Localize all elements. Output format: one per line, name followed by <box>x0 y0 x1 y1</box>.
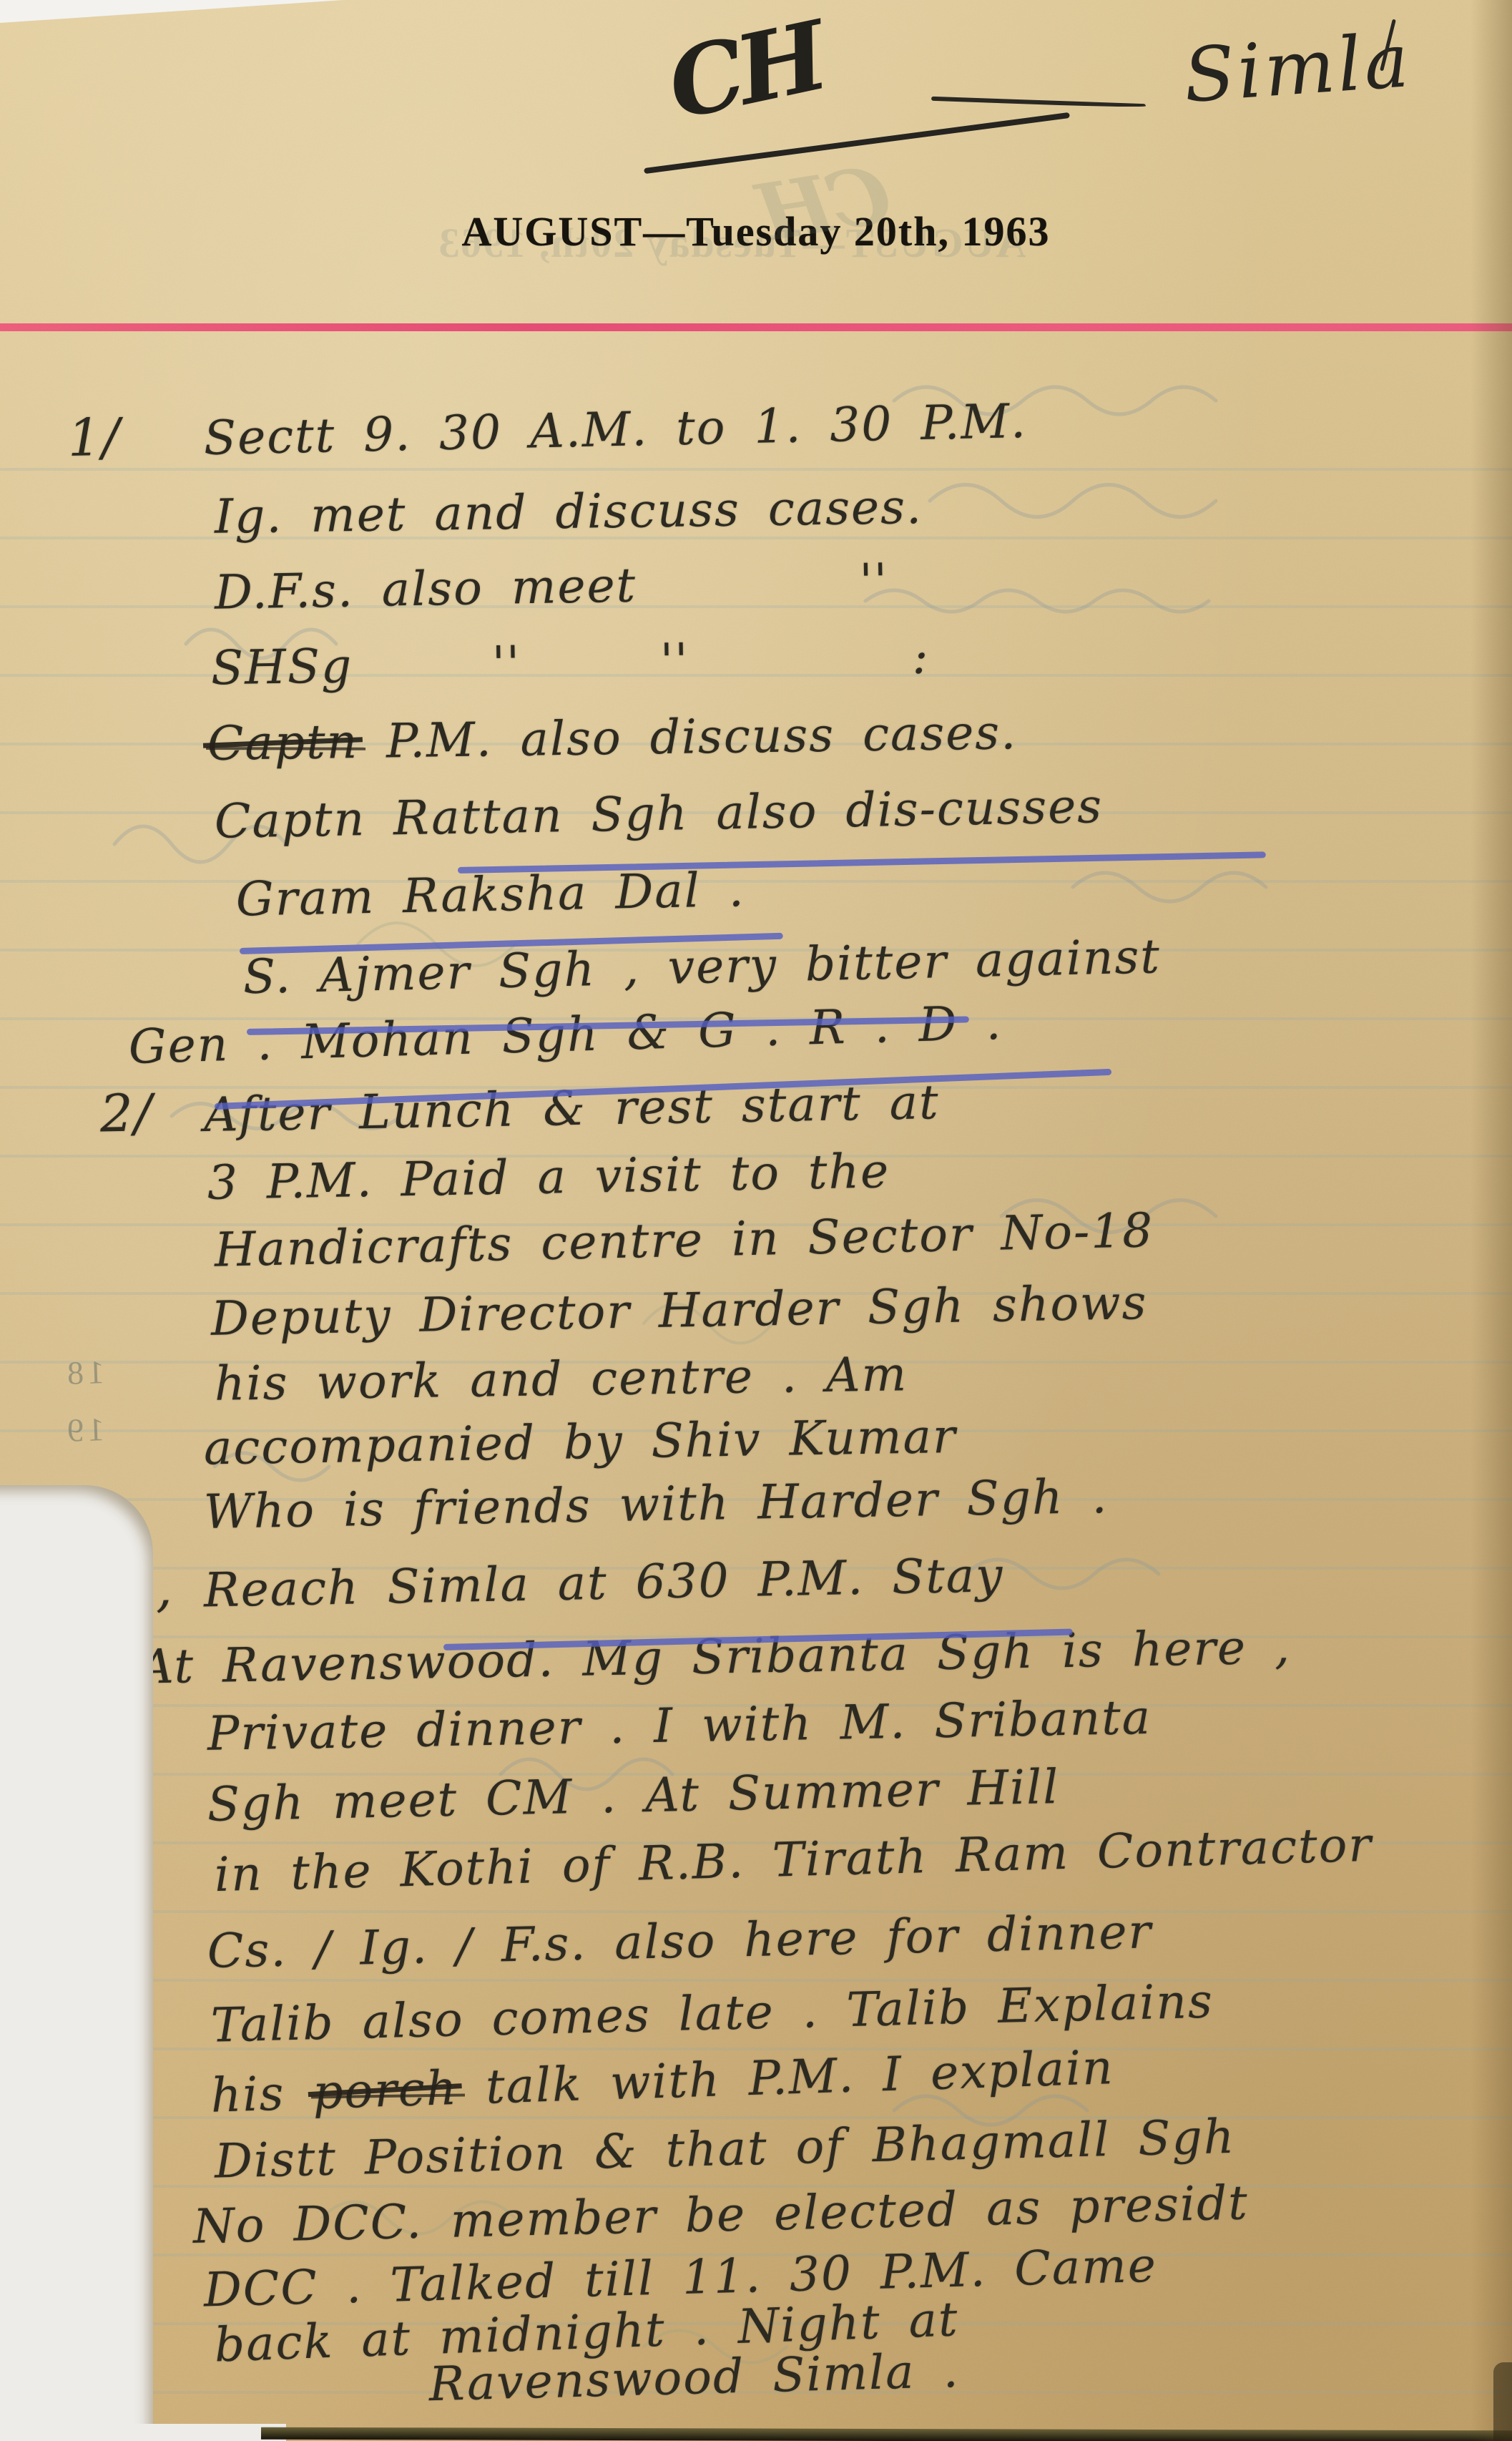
under-page-corner <box>0 1485 153 2441</box>
entry-marker: 2/ <box>99 1082 154 1143</box>
entry-marker: 1/ <box>67 406 122 468</box>
struck-out-text: Captn <box>207 714 358 771</box>
margin-page-number: 19 <box>62 1410 105 1449</box>
pink-rule <box>0 323 1512 331</box>
scan-background-bottom <box>0 2424 286 2441</box>
place-annotation: Simla <box>1181 16 1414 119</box>
bottom-right-shadow <box>1493 2362 1512 2441</box>
page-curvature-shading <box>1471 0 1512 2441</box>
struck-out-text: porch <box>312 2060 458 2120</box>
margin-page-number: 18 <box>62 1353 105 1392</box>
printed-date-header: AUGUST—Tuesday 20th, 1963 <box>0 207 1512 255</box>
diary-page-scan: AUGUST—Tuesday 20th, 1963 AUGUST—Tuesday… <box>0 0 1512 2441</box>
